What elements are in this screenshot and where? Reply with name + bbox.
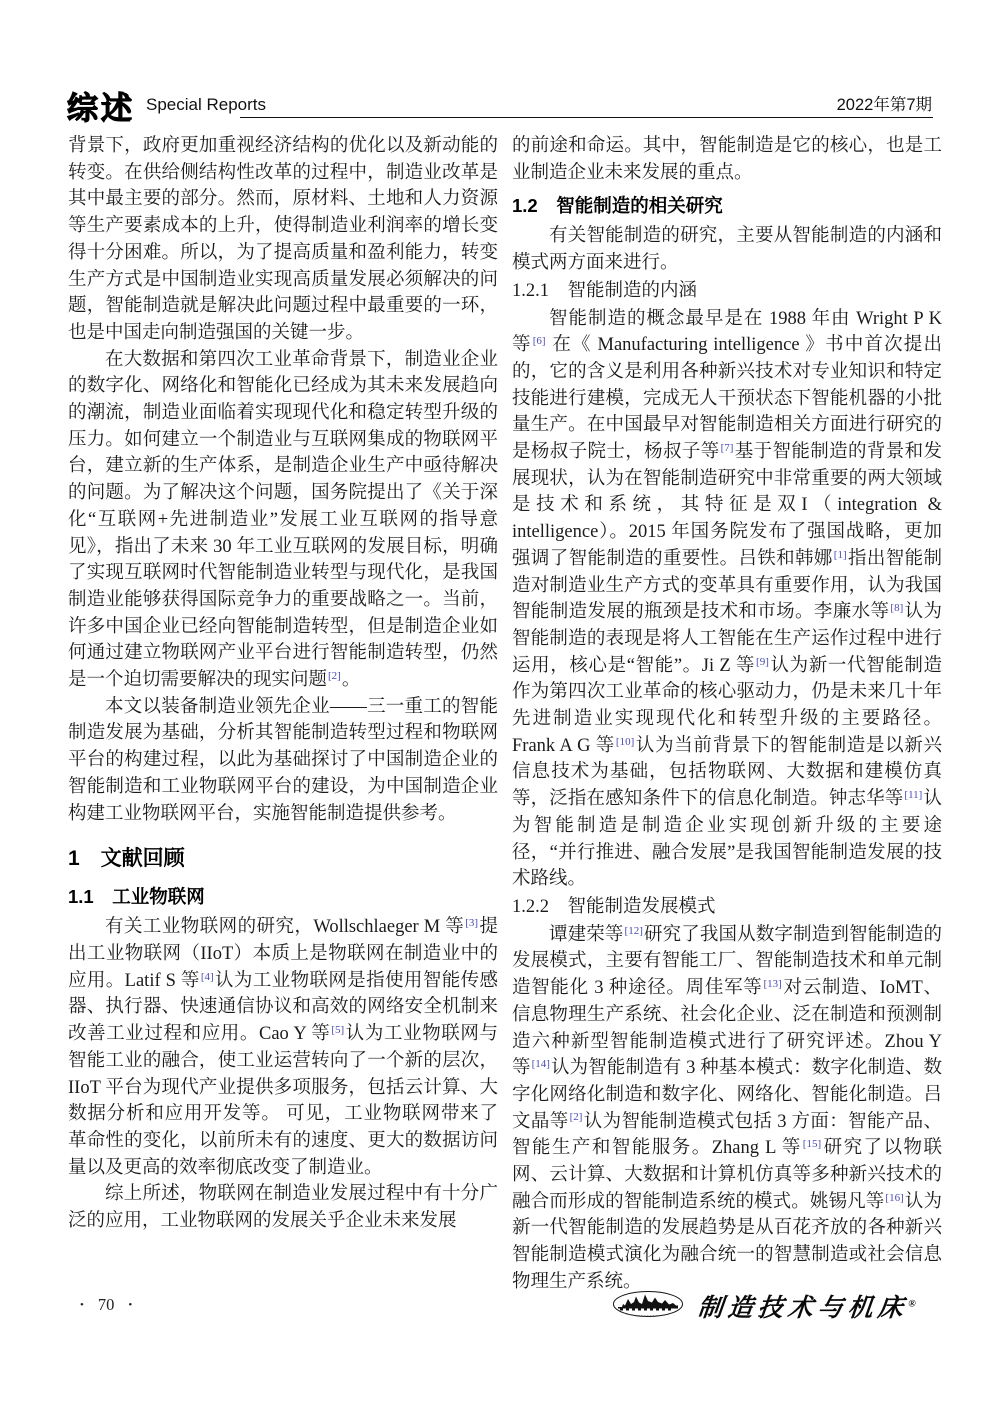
citation-ref[interactable]: [16] [885, 1192, 903, 1204]
citation-ref[interactable]: [12] [625, 925, 643, 937]
citation-ref[interactable]: [14] [532, 1058, 550, 1070]
section-heading-1.2.2: 1.2.2 智能制造发展模式 [512, 894, 942, 921]
citation-ref[interactable]: [6] [533, 335, 546, 347]
paragraph: 智能制造的概念最早是在 1988 年由 Wright P K 等[6] 在《 M… [512, 306, 942, 893]
paragraph: 背景下，政府更加重视经济结构的优化以及新动能的转变。在供给侧结构性改革的过程中，… [68, 133, 498, 347]
paragraph: 谭建荣等[12]研究了我国从数字制造到智能制造的发展模式，主要有智能工厂、智能制… [512, 922, 942, 1296]
section-heading-1.1: 1.1 工业物联网 [68, 883, 498, 909]
registered-mark: ® [907, 1299, 916, 1310]
text-run: 本文以装备制造业领先企业——三一重工的智能制造发展为基础，分析其智能制造转型过程… [68, 697, 498, 824]
page-number: 70 [98, 1295, 115, 1314]
page-number-dot-left: • [80, 1299, 84, 1311]
text-run: 1.2.2 智能制造发展模式 [512, 897, 716, 917]
citation-ref[interactable]: [2] [570, 1111, 583, 1123]
paragraph: 有关工业物联网的研究，Wollschlaeger M 等[3]提出工业物联网（I… [68, 914, 498, 1181]
text-run: 认为工业物联网与智能工业的融合，使工业运营转向了一个新的层次，IIoT 平台为现… [68, 1024, 498, 1178]
journal-brand: 制造技术与机床® [612, 1288, 916, 1324]
journal-page: 综述 Special Reports 2022年第7期 背景下，政府更加重视经济… [0, 0, 992, 1403]
text-run: 在大数据和第四次工业革命背景下，制造业企业的数字化、网络化和智能化已经成为其未来… [68, 350, 498, 690]
text-run: 1.1 工业物联网 [68, 886, 205, 907]
section-label-en: Special Reports [146, 95, 266, 115]
citation-ref[interactable]: [11] [904, 789, 922, 801]
citation-ref[interactable]: [2] [328, 670, 341, 682]
text-run: 综上所述，物联网在制造业发展过程中有十分广泛的应用，工业物联网的发展关乎企业未来… [68, 1184, 498, 1231]
citation-ref[interactable]: [5] [331, 1024, 344, 1036]
text-run: 1 文献回顾 [68, 847, 185, 870]
text-run: 背景下，政府更加重视经济结构的优化以及新动能的转变。在供给侧结构性改革的过程中，… [68, 136, 498, 343]
text-column-right: 的前途和命运。其中，智能制造是它的核心，也是工业制造企业未来发展的重点。1.2 … [512, 133, 942, 1296]
citation-ref[interactable]: [4] [201, 971, 214, 983]
text-run: 1.2 智能制造的相关研究 [512, 195, 723, 216]
issue-label: 2022年第7期 [837, 91, 932, 115]
section-heading-1: 1 文献回顾 [68, 842, 498, 872]
header-rule [240, 117, 933, 118]
paragraph: 有关智能制造的研究，主要从智能制造的内涵和模式两方面来进行。 [512, 223, 942, 276]
text-run: 1.2.1 智能制造的内涵 [512, 281, 697, 301]
citation-ref[interactable]: [1] [834, 549, 847, 561]
citation-ref[interactable]: [10] [616, 736, 634, 748]
citation-ref[interactable]: [7] [721, 442, 734, 454]
text-run: 。 [342, 670, 361, 690]
section-logo-zh: 综述 [67, 83, 135, 128]
page-number-dot-right: • [128, 1299, 132, 1311]
text-run: 谭建荣等 [549, 925, 624, 945]
page-number-block: •70• [80, 1295, 132, 1315]
paragraph: 的前途和命运。其中，智能制造是它的核心，也是工业制造企业未来发展的重点。 [512, 133, 942, 186]
text-column-left: 背景下，政府更加重视经济结构的优化以及新动能的转变。在供给侧结构性改革的过程中，… [68, 133, 498, 1235]
paragraph: 在大数据和第四次工业革命背景下，制造业企业的数字化、网络化和智能化已经成为其未来… [68, 347, 498, 694]
citation-ref[interactable]: [13] [764, 978, 782, 990]
citation-ref[interactable]: [3] [465, 917, 478, 929]
citation-ref[interactable]: [9] [756, 656, 769, 668]
section-heading-1.2.1: 1.2.1 智能制造的内涵 [512, 278, 942, 305]
text-run: 有关智能制造的研究，主要从智能制造的内涵和模式两方面来进行。 [512, 226, 942, 273]
text-run: 的前途和命运。其中，智能制造是它的核心，也是工业制造企业未来发展的重点。 [512, 136, 942, 183]
section-heading-1.2: 1.2 智能制造的相关研究 [512, 192, 942, 218]
journal-logo-icon [612, 1289, 684, 1324]
text-run: 有关工业物联网的研究，Wollschlaeger M 等 [105, 917, 464, 937]
journal-name: 制造技术与机床® [696, 1288, 917, 1324]
citation-ref[interactable]: [15] [803, 1138, 821, 1150]
citation-ref[interactable]: [8] [890, 602, 903, 614]
paragraph: 本文以装备制造业领先企业——三一重工的智能制造发展为基础，分析其智能制造转型过程… [68, 694, 498, 828]
paragraph: 综上所述，物联网在制造业发展过程中有十分广泛的应用，工业物联网的发展关乎企业未来… [68, 1181, 498, 1234]
